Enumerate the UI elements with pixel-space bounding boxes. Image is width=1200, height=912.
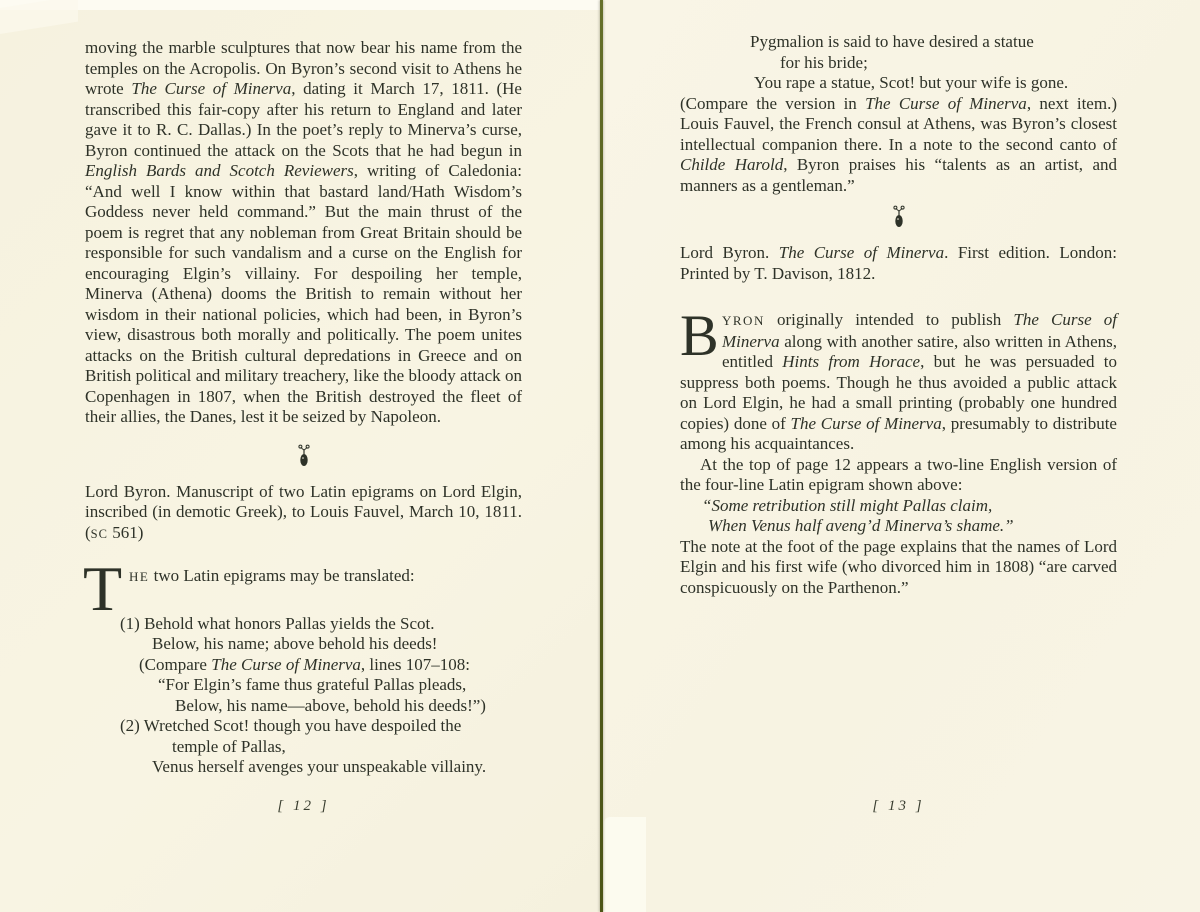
book-spread: moving the marble sculptures that now be… — [0, 0, 1200, 912]
gutter-highlight — [604, 817, 646, 912]
verse-line: (1) Behold what honors Pallas yields the… — [120, 614, 522, 635]
book-spine-thread — [600, 0, 603, 912]
translation-intro-line: THE two Latin epigrams may be translated… — [85, 566, 522, 588]
verse-line: Venus herself avenges your unspeakable v… — [152, 757, 522, 778]
verse-line: (Compare The Curse of Minerva, lines 107… — [139, 655, 522, 676]
verse-line: Below, his name—above, behold his deeds!… — [175, 696, 522, 717]
verse-line: “For Elgin’s fame thus grateful Pallas p… — [158, 675, 522, 696]
verse-line: Below, his name; above behold his deeds! — [152, 634, 522, 655]
verse-line: for his bride; — [780, 53, 1117, 74]
verse-line: (2) Wretched Scot! though you have despo… — [120, 716, 522, 737]
epigram-verse-block: Pygmalion is said to have desired a stat… — [680, 32, 1117, 94]
fleuron-ornament-icon — [85, 444, 522, 470]
verse-line: When Venus half aveng’d Minerva’s shame.… — [708, 516, 1117, 537]
folio-right: [ 13 ] — [680, 798, 1117, 815]
continuation-paragraph: moving the marble sculptures that now be… — [85, 38, 522, 428]
fauvel-paragraph: (Compare the version in The Curse of Min… — [680, 94, 1117, 197]
right-page-text-column: Pygmalion is said to have desired a stat… — [680, 32, 1117, 598]
verse-line: Pygmalion is said to have desired a stat… — [750, 32, 1117, 53]
manuscript-item-heading: Lord Byron. Manuscript of two Latin epig… — [85, 482, 522, 545]
footnote-paragraph: The note at the foot of the page explain… — [680, 537, 1117, 599]
folio-left: [ 12 ] — [85, 798, 522, 815]
left-page-text-column: moving the marble sculptures that now be… — [85, 38, 522, 778]
page-top-edge — [0, 0, 601, 10]
page12-version-paragraph: At the top of page 12 appears a two-line… — [680, 455, 1117, 496]
verse-line: temple of Pallas, — [172, 737, 522, 758]
drop-cap-letter-b: B — [680, 315, 722, 355]
verse-line: “Some retribution still might Pallas cla… — [702, 496, 1117, 517]
translation-intro-text: HE two Latin epigrams may be translated: — [129, 566, 415, 585]
epigram-translation-block: (1) Behold what honors Pallas yields the… — [85, 614, 522, 778]
drop-cap-letter-t: T — [83, 563, 122, 614]
byron-paragraph-text: YRON originally intended to publish The … — [680, 310, 1117, 453]
verse-line: You rape a statue, Scot! but your wife i… — [754, 73, 1117, 94]
english-couplet-block: “Some retribution still might Pallas cla… — [680, 496, 1117, 537]
fleuron-ornament-icon — [680, 205, 1117, 231]
byron-intended-paragraph: BYRON originally intended to publish The… — [680, 310, 1117, 455]
first-edition-item-heading: Lord Byron. The Curse of Minerva. First … — [680, 243, 1117, 284]
